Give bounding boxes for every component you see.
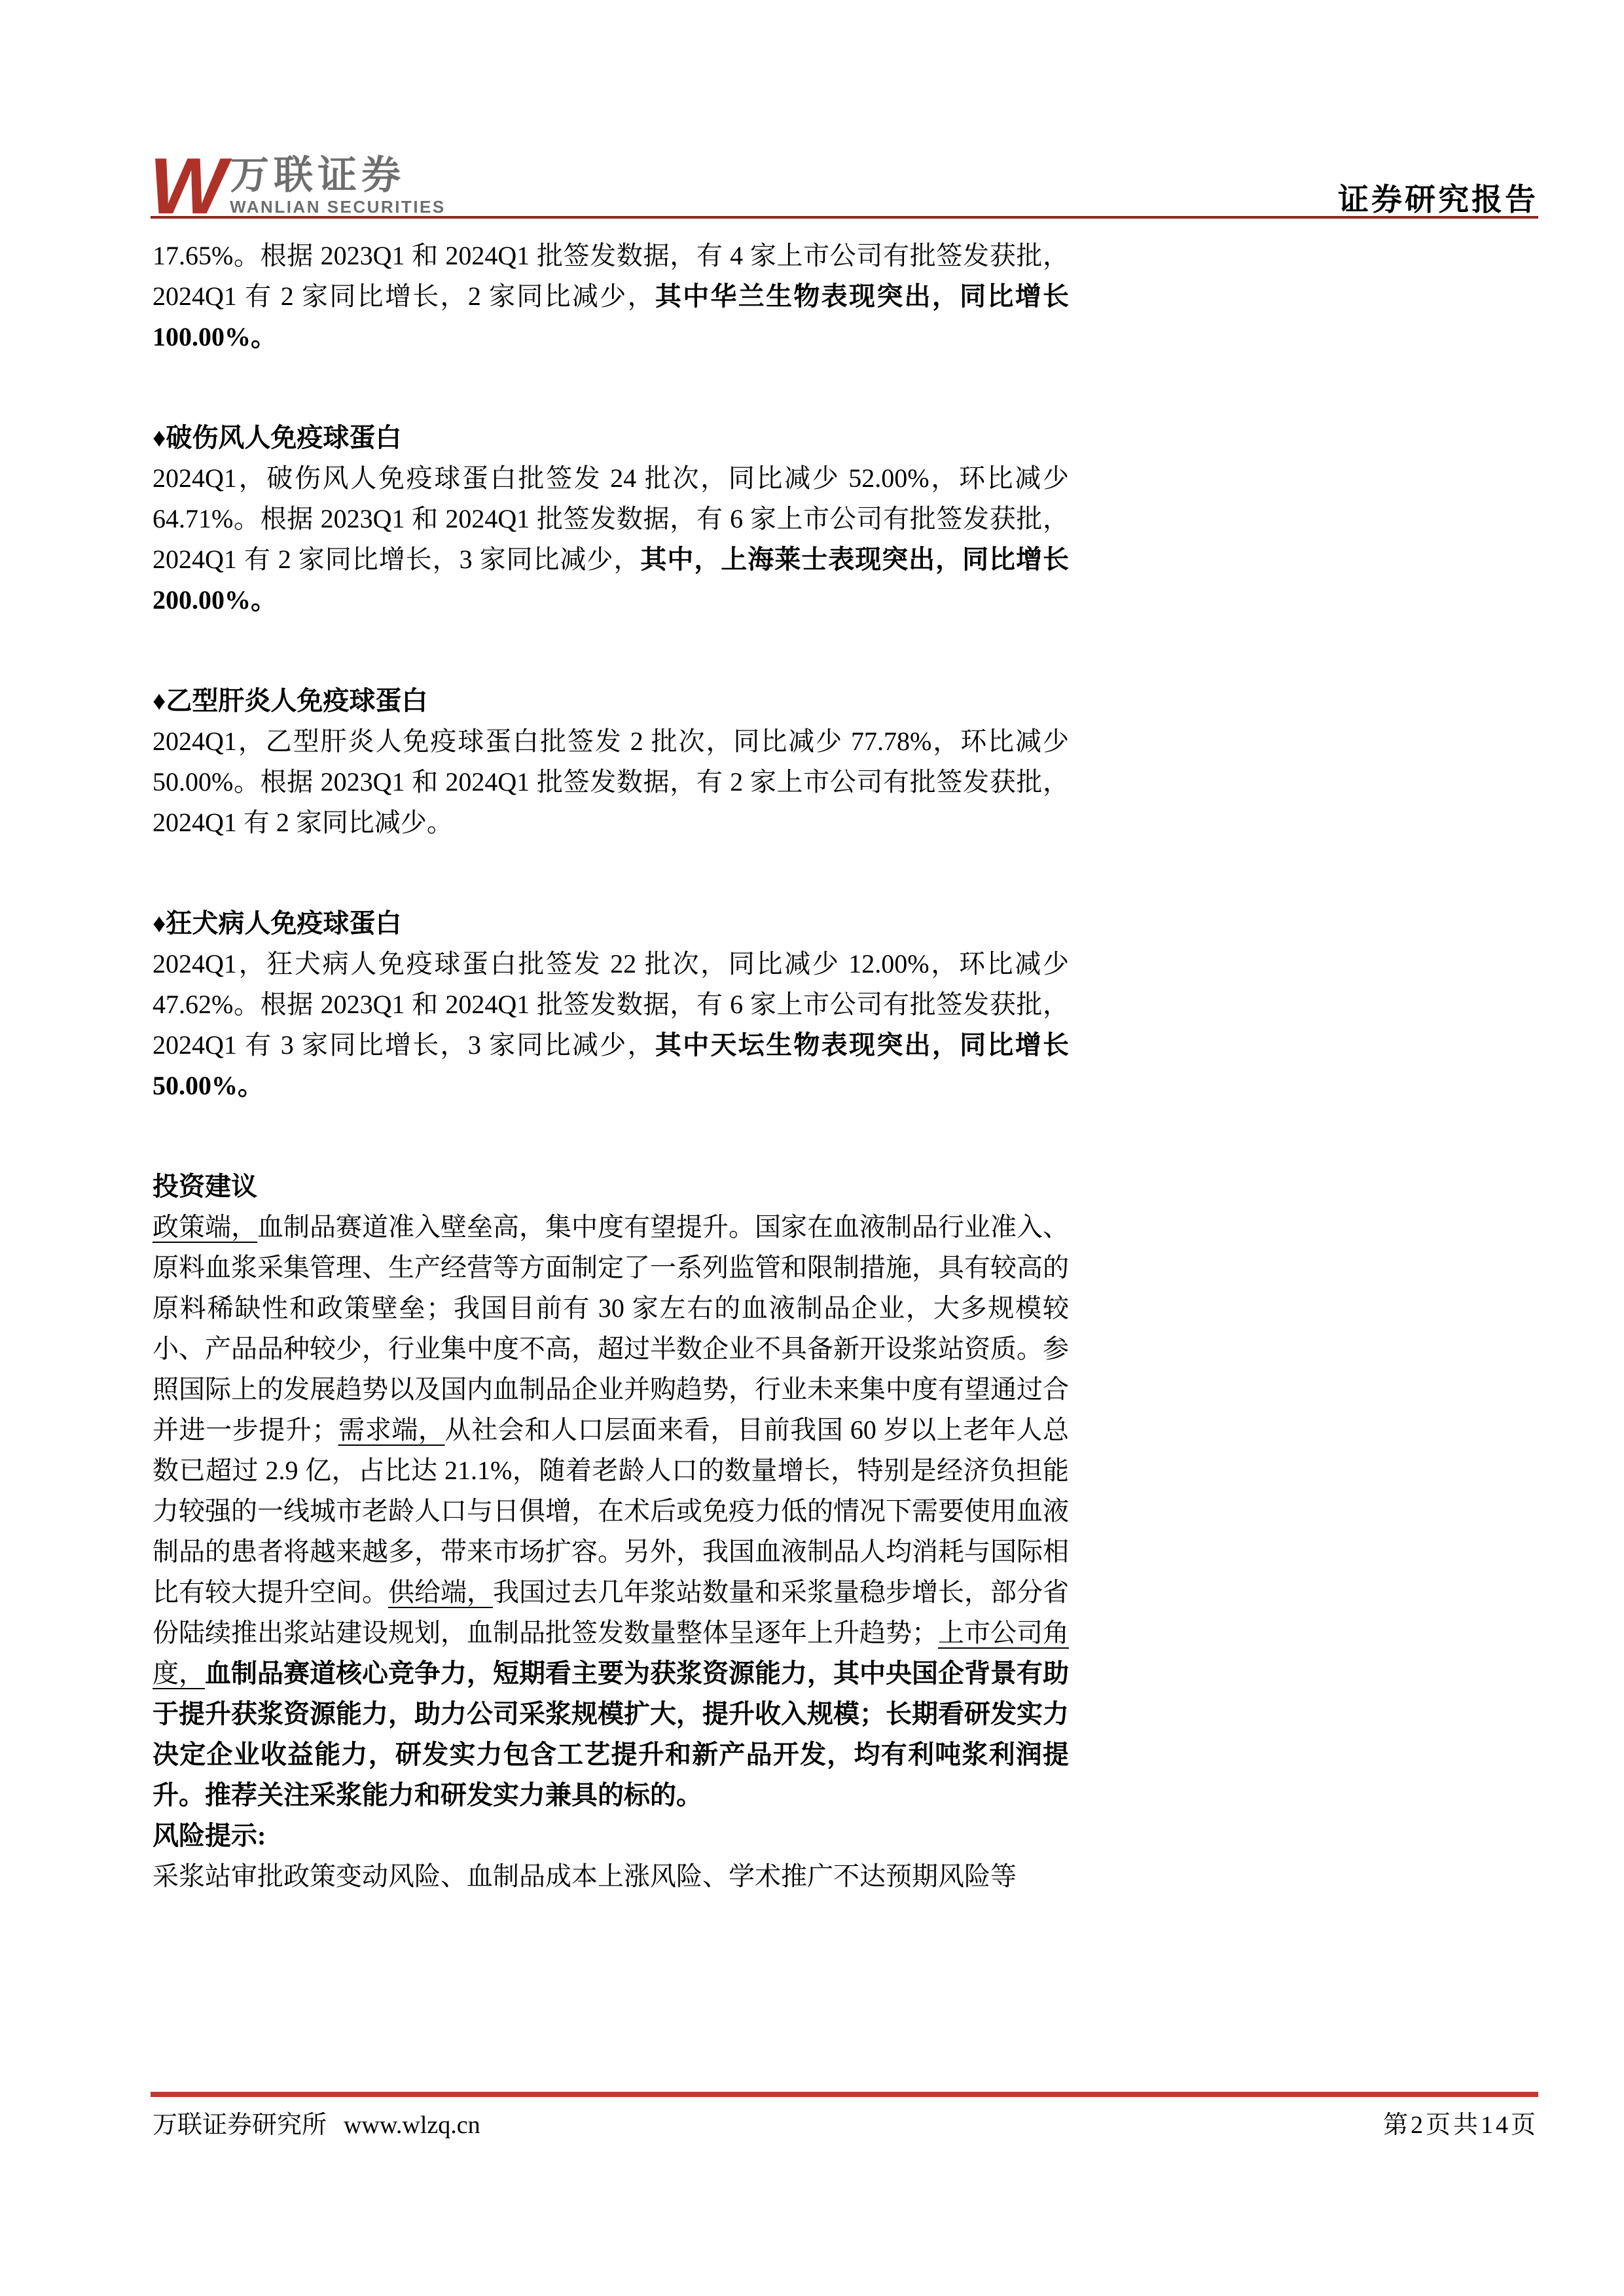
section-heading-tetanus: ♦破伤风人免疫球蛋白 xyxy=(153,418,1069,458)
investment-advice-paragraph: 政策端，血制品赛道准入壁垒高，集中度有望提升。国家在血液制品行业准入、原料血浆采… xyxy=(153,1207,1069,1816)
report-type-label: 证券研究报告 xyxy=(1338,175,1538,219)
header-divider-rule xyxy=(151,216,1538,219)
brand-name-cn: 万联证券 xyxy=(230,154,446,196)
report-body: 17.65%。根据 2023Q1 和 2024Q1 批签发数据，有 4 家上市公… xyxy=(153,236,1069,1897)
section-heading-investment-advice: 投资建议 xyxy=(153,1166,1069,1207)
text-segment: ♦狂犬病人免疫球蛋白 xyxy=(153,908,401,938)
report-page: W 万联证券 WANLIAN SECURITIES 证券研究报告 17.65%。… xyxy=(0,0,1624,2296)
underlined-text: 需求端， xyxy=(338,1415,445,1444)
tetanus-paragraph: 2024Q1，破伤风人免疫球蛋白批签发 24 批次，同比减少 52.00%，环比… xyxy=(153,458,1069,620)
text-segment: 采浆站审批政策变动风险、血制品成本上涨风险、学术推广不达预期风险等 xyxy=(153,1861,1017,1891)
hepatitis-b-paragraph: 2024Q1，乙型肝炎人免疫球蛋白批签发 2 批次，同比减少 77.78%，环比… xyxy=(153,721,1069,843)
brand-logo: W 万联证券 WANLIAN SECURITIES xyxy=(149,153,446,217)
underlined-text: 政策端， xyxy=(153,1212,257,1242)
underlined-text: 供给端， xyxy=(388,1577,493,1607)
footer-page-indicator: 第2页共14页 xyxy=(1383,2109,1538,2142)
emphasis-text: 血制品赛道核心竞争力，短期看主要为获浆资源能力，其中央国企背景有助于提升获浆资源… xyxy=(153,1659,1069,1810)
text-segment: 投资建议 xyxy=(153,1172,257,1201)
rabies-paragraph: 2024Q1，狂犬病人免疫球蛋白批签发 22 批次，同比减少 12.00%，环比… xyxy=(153,944,1069,1106)
brand-name-en: WANLIAN SECURITIES xyxy=(230,196,446,217)
footer-institute-name: 万联证券研究所 xyxy=(153,2111,327,2139)
section-heading-hepatitis-b: ♦乙型肝炎人免疫球蛋白 xyxy=(153,681,1069,721)
wanlian-logo-w-icon: W xyxy=(149,154,222,217)
brand-text: 万联证券 WANLIAN SECURITIES xyxy=(230,154,446,217)
intro-paragraph: 17.65%。根据 2023Q1 和 2024Q1 批签发数据，有 4 家上市公… xyxy=(153,236,1069,357)
footer-institute: 万联证券研究所www.wlzq.cn xyxy=(153,2109,480,2142)
text-segment: ♦破伤风人免疫球蛋白 xyxy=(153,423,401,452)
risk-warning-paragraph: 采浆站审批政策变动风险、血制品成本上涨风险、学术推广不达预期风险等 xyxy=(153,1856,1069,1897)
text-segment: 血制品赛道准入壁垒高，集中度有望提升。国家在血液制品行业准入、原料血浆采集管理、… xyxy=(153,1212,1069,1444)
text-segment: 2024Q1，乙型肝炎人免疫球蛋白批签发 2 批次，同比减少 77.78%，环比… xyxy=(153,726,1069,837)
section-heading-risk-warning: 风险提示: xyxy=(153,1816,1069,1856)
footer-divider-rule xyxy=(151,2092,1538,2097)
text-segment: 风险提示: xyxy=(153,1821,266,1850)
section-heading-rabies: ♦狂犬病人免疫球蛋白 xyxy=(153,903,1069,944)
text-segment: ♦乙型肝炎人免疫球蛋白 xyxy=(153,686,427,715)
footer-website: www.wlzq.cn xyxy=(344,2111,480,2139)
